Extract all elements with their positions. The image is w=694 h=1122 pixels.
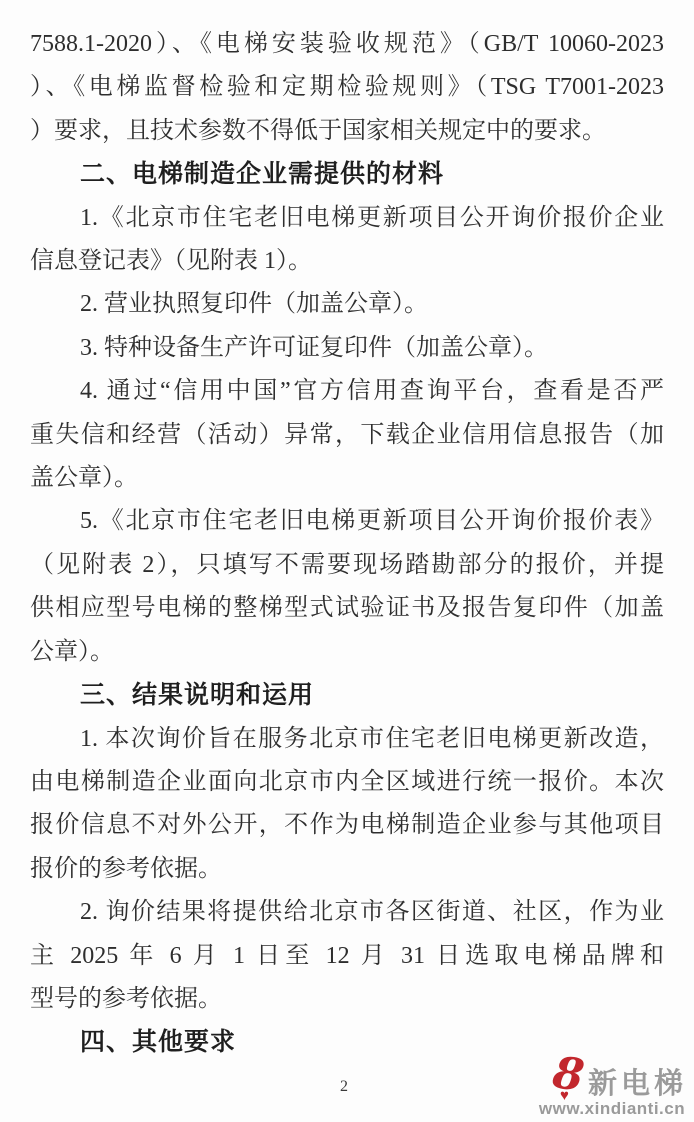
document-line: 报价的参考依据。 bbox=[30, 848, 664, 891]
xindianti-logo-icon: 8 ♥ bbox=[553, 1058, 585, 1104]
document-line: 主 2025 年 6 月 1 日至 12 月 31 日选取电梯品牌和 bbox=[30, 935, 664, 978]
heart-icon: ♥ bbox=[560, 1089, 569, 1104]
document-line: 重失信和经营（活动）异常，下载企业信用信息报告（加 bbox=[30, 414, 664, 457]
document-line: 1. 本次询价旨在服务北京市住宅老旧电梯更新改造， bbox=[30, 718, 664, 761]
document-line: （见附表 2），只填写不需要现场踏勘部分的报价，并提 bbox=[30, 544, 664, 587]
watermark-logo-row: 8 ♥ 新电梯 bbox=[553, 1060, 687, 1102]
document-line: 7588.1-2020）、《电梯安装验收规范》（GB/T 10060-2023 bbox=[30, 23, 664, 66]
document-line: 2. 营业执照复印件（加盖公章）。 bbox=[30, 283, 664, 326]
document-line: 型号的参考依据。 bbox=[30, 978, 664, 1021]
document-line: 供相应型号电梯的整梯型式试验证书及报告复印件（加盖 bbox=[30, 587, 664, 630]
document-line: 由电梯制造企业面向北京市内全区域进行统一报价。本次 bbox=[30, 761, 664, 804]
document-line: 5.《北京市住宅老旧电梯更新项目公开询价报价表》 bbox=[30, 500, 664, 543]
document-line: 盖公章）。 bbox=[30, 457, 664, 500]
document-line: ）、《电梯监督检验和定期检验规则》（TSG T7001-2023 bbox=[30, 66, 664, 109]
watermark-brand-text: 新电梯 bbox=[588, 1061, 687, 1102]
document-line: ）要求，且技术参数不得低于国家相关规定中的要求。 bbox=[30, 110, 664, 153]
document-page: 7588.1-2020）、《电梯安装验收规范》（GB/T 10060-2023）… bbox=[0, 0, 694, 1122]
section-heading: 三、结果说明和运用 bbox=[30, 674, 664, 717]
document-line: 信息登记表》（见附表 1）。 bbox=[30, 240, 664, 283]
document-line: 报价信息不对外公开，不作为电梯制造企业参与其他项目 bbox=[30, 804, 664, 847]
document-line: 2. 询价结果将提供给北京市各区街道、社区，作为业 bbox=[30, 891, 664, 934]
document-line: 3. 特种设备生产许可证复印件（加盖公章）。 bbox=[30, 327, 664, 370]
xindianti-watermark: 8 ♥ 新电梯 www.xindianti.cn bbox=[533, 1060, 691, 1119]
document-body: 7588.1-2020）、《电梯安装验收规范》（GB/T 10060-2023）… bbox=[30, 23, 664, 1065]
document-line: 1.《北京市住宅老旧电梯更新项目公开询价报价企业 bbox=[30, 197, 664, 240]
document-line: 4. 通过“信用中国”官方信用查询平台，查看是否严 bbox=[30, 370, 664, 413]
section-heading: 二、电梯制造企业需提供的材料 bbox=[30, 153, 664, 196]
document-line: 公章）。 bbox=[30, 631, 664, 674]
